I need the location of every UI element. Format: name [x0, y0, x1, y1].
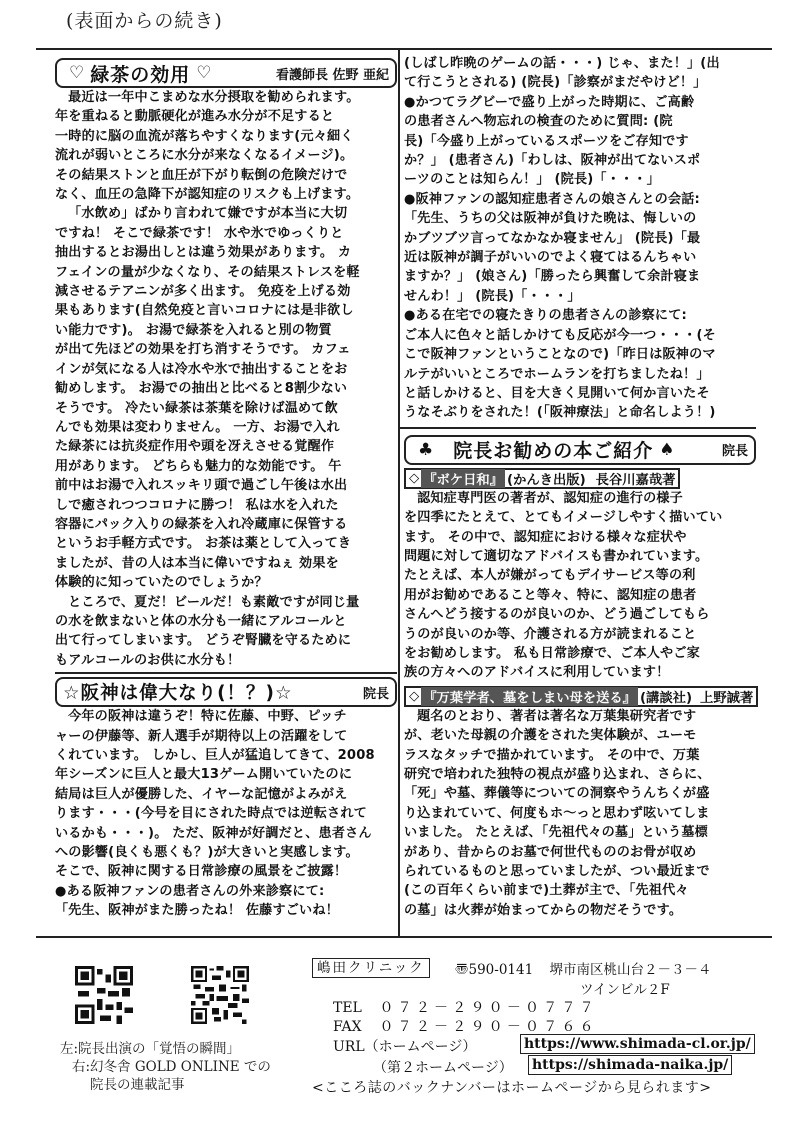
text-line: うなそぶりをされた！(「阪神療法」と命名しよう！) — [404, 403, 756, 422]
club-icon: ♣ — [418, 440, 433, 460]
left-column: ♡ 緑茶の効用 ♡ 看護師長 佐野 亜紀 最近は一年中こまめな水分摂取を勧められ… — [55, 50, 397, 921]
text-line: ご本人に色々と話しかけても反応が今一つ・・・(そ — [404, 326, 756, 345]
clinic-name: 嶋田クリニック — [312, 958, 430, 978]
url-label: URL（ホームページ） — [333, 1036, 476, 1056]
text-line: 減させるテアニンが多く出ます。 免疫を上げる効 — [55, 282, 397, 301]
hanshin-heading: ☆阪神は偉大なり(！？)☆ 院長 — [55, 677, 397, 707]
tel-number[interactable]: ０７２－２９０－０７７７ — [379, 1000, 597, 1016]
book-author-1: 長谷川嘉哉著 — [596, 469, 676, 488]
text-line: り込まれていて、何度もホ〜っと思わず呟いてしま — [404, 804, 756, 823]
text-line: 近は阪神が調子がいいのでよく寝てはるんちゃい — [404, 248, 756, 267]
text-line: 出て行ってしまいます。 どうぞ腎臓を守るために — [55, 631, 397, 650]
hanshin-body-left: 今年の阪神は違うぞ！特に佐藤、中野、ピッチャーの伊藤等、新人選手が期待以上の活躍… — [55, 707, 397, 920]
book-title-1: 『ボケ日和』 — [421, 469, 505, 488]
text-line: そうです。 冷たい緑茶は茶葉を除けば温めて飲 — [55, 399, 397, 418]
text-line: インが気になる人は冷水や氷で抽出することをお — [55, 360, 397, 379]
qr-code-right[interactable] — [190, 966, 250, 1024]
text-line: ルテがいいところでホームランを打ちましたね！」 — [404, 365, 756, 384]
text-line: 抽出するとお湯出しとは違う効果があります。 カ — [55, 243, 397, 262]
text-line: くれています。 しかし、巨人が猛追してきて、2008 — [55, 746, 397, 765]
text-line: その結果ストンと血圧が下がり転倒の危険だけで — [55, 166, 397, 185]
text-line: 結局は巨人が優勝した、イヤーな記憶がよみがえ — [55, 785, 397, 804]
text-line: を四季にたとえて、とてもイメージしやすく描いてい — [404, 508, 756, 527]
text-line: いました。 たとえば、「先祖代々の墓」という墓標 — [404, 823, 756, 842]
text-line: の水を飲まないと体の水分も一緒にアルコールと — [55, 612, 397, 631]
green-tea-body: 最近は一年中こまめな水分摂取を勧められます。年を重ねると動脈硬化が進み水分が不足… — [55, 88, 397, 670]
diamond-icon: ◇ — [409, 471, 419, 486]
fax-label: FAX — [333, 1019, 375, 1035]
book-title-2: 『万葉学者、墓をしまい母を送る』 — [421, 687, 638, 706]
text-line: 用がお勧めであること等々、特に、認知症の患者 — [404, 586, 756, 605]
second-homepage-link[interactable]: https://shimada-naika.jp/ — [528, 1055, 732, 1075]
text-line: 果もあります(自然免疫と言いコロナには是非欲し — [55, 301, 397, 320]
green-tea-heading: ♡ 緑茶の効用 ♡ 看護師長 佐野 亜紀 — [55, 58, 397, 88]
text-line: ます。 その中で、認知症における様々な症状や — [404, 528, 756, 547]
text-line: があり、昔からのお墓で何世代もののお骨が収め — [404, 843, 756, 862]
text-line: 容器にパック入りの緑茶を入れ冷蔵庫に保管する — [55, 515, 397, 534]
text-line: こで阪神ファンということなので)「昨日は阪神のマ — [404, 345, 756, 364]
text-line: られているものと思っていましたが、つい最近まで — [404, 862, 756, 881]
text-line: が、老いた母親の介護をされた実体験が、ユーモ — [404, 726, 756, 745]
postal-code: 〠590-0141 — [455, 962, 533, 978]
text-line: が出て先ほどの効果を打ち消すそうです。 カフェ — [55, 340, 397, 359]
text-line: ところで、夏だ！ビールだ！も素敵ですが同じ量 — [55, 593, 397, 612]
text-line: 「死」や墓、葬儀等についての洞察やうんちくが盛 — [404, 784, 756, 803]
backnumber-note: <こころ誌のバックナンバーはホームページから見られます> — [312, 1077, 712, 1097]
text-line: いるかも・・・)。 ただ、阪神が好調だと、患者さん — [55, 824, 397, 843]
text-line: 研究で培われた独特の視点が盛り込まれ、さらに、 — [404, 765, 756, 784]
text-line: 今年の阪神は違うぞ！特に佐藤、中野、ピッチ — [55, 707, 397, 726]
qr-code-icon — [74, 966, 134, 1024]
text-line: か？」 (患者さん)「わしは、阪神が出てないスポ — [404, 151, 756, 170]
address-line2: ツインビル２F — [580, 978, 670, 998]
book-review-1: 認知症専門医の著者が、認知症の進行の様子を四季にたとえて、とてもイメージしやすく… — [404, 489, 756, 683]
text-line: ャーの伊藤等、新人選手が期待以上の活躍をして — [55, 727, 397, 746]
qr-caption-right: 右:幻冬舎 GOLD ONLINE での — [60, 1058, 271, 1076]
text-line: 族の方々へのアドバイスに利用しています！ — [404, 663, 756, 682]
text-line: 前中はお湯で入れスッキリ頭で過ごし午後は水出 — [55, 476, 397, 495]
text-line: た緑茶には抗炎症作用や頭を冴えさせる覚醒作 — [55, 437, 397, 456]
book-publisher-1: (かんき出版) — [507, 469, 586, 488]
text-line: 「先生、阪神がまた勝ったね！ 佐藤すごいね！ — [55, 901, 397, 920]
hanshin-title: ☆阪神は偉大なり(！？)☆ — [63, 679, 293, 705]
text-line: ります・・・(今号を目にされた時点では逆転されて — [55, 804, 397, 823]
text-line: ましたが、昔の人は本当に偉いですねぇ 効果を — [55, 554, 397, 573]
text-line: て行こうとされる) (院長)「診察がまだやけど！」 — [404, 73, 756, 92]
text-line: 流れが弱いところに水分が来なくなるイメージ)。 — [55, 146, 397, 165]
text-line: の患者さんへ物忘れの検査のために質問: (院 — [404, 112, 756, 131]
section-divider — [400, 427, 756, 429]
book-publisher-2: (講談社) — [640, 687, 692, 706]
book-heading-2: ◇ 『万葉学者、墓をしまい母を送る』 (講談社) 上野誠著 — [404, 686, 758, 707]
book-heading-1: ◇ 『ボケ日和』 (かんき出版) 長谷川嘉哉著 — [404, 468, 680, 489]
text-line: 題名のとおり、著者は著名な万葉集研究者です — [404, 707, 756, 726]
homepage-link[interactable]: https://www.shimada-cl.or.jp/ — [520, 1034, 755, 1054]
text-line: なく、血圧の急降下が認知症のリスクも上げます。 — [55, 185, 397, 204]
qr-caption-right-cont: 院長の連載記事 — [60, 1076, 271, 1094]
hanshin-body-right: (しばし昨晩のゲームの話・・・) じゃ、また！」(出て行こうとされる) (院長)… — [404, 54, 756, 423]
book-author-2: 上野誠著 — [700, 687, 753, 706]
green-tea-title: 緑茶の効用 — [90, 60, 190, 87]
text-line: ●阪神ファンの認知症患者さんの娘さんとの会話: — [404, 190, 756, 209]
qr-code-icon — [190, 966, 250, 1024]
heart-icon: ♡ — [196, 63, 211, 83]
book-review-2: 題名のとおり、著者は著名な万葉集研究者ですが、老いた母親の介護をされた実体験が、… — [404, 707, 756, 920]
books-heading: ♣ 院長お勧めの本ご紹介 ♠ 院長 — [404, 435, 756, 465]
text-line: 一時的に脳の血流が落ちやすくなります(元々細く — [55, 127, 397, 146]
hanshin-author: 院長 — [363, 683, 389, 702]
text-line: い能力です)。 お湯で緑茶を入れると別の物質 — [55, 321, 397, 340]
text-line: 長)「今盛り上がっているスポーツをご存知です — [404, 132, 756, 151]
second-homepage-label: （第２ホームページ） — [373, 1057, 513, 1077]
text-line: 「先生、うちの父は阪神が負けた晩は、悔しいの — [404, 209, 756, 228]
qr-code-left[interactable] — [74, 966, 134, 1024]
heart-icon: ♡ — [69, 63, 84, 83]
text-line: 年シーズンに巨人と最大13ゲーム開いていたのに — [55, 765, 397, 784]
text-line: ラスなタッチで描かれています。 その中で、万葉 — [404, 746, 756, 765]
text-line: と話しかけると、目を大きく見開いて何か言いたそ — [404, 384, 756, 403]
footer-divider — [36, 936, 772, 938]
text-line: しで癒されつつコロナに勝つ！ 私は水を入れた — [55, 496, 397, 515]
text-line: フェインの量が少なくなり、その結果ストレスを軽 — [55, 263, 397, 282]
text-line: さんへどう接するのが良いのか、どう過ごしてもら — [404, 605, 756, 624]
text-line: というお手軽方式です。 お茶は薬として入ってき — [55, 534, 397, 553]
text-line: ●かつてラグビーで盛り上がった時期に、ご高齢 — [404, 93, 756, 112]
text-line: ですね！ そこで緑茶です！ 水や氷でゆっくりと — [55, 224, 397, 243]
text-line: 勧めします。 お湯での抽出と比べると8割少ない — [55, 379, 397, 398]
text-line: 最近は一年中こまめな水分摂取を勧められます。 — [55, 88, 397, 107]
section-divider — [55, 672, 397, 674]
diamond-icon: ◇ — [409, 689, 419, 704]
text-line: もアルコールのお供に水分も！ — [55, 651, 397, 670]
text-line: うのが良いのか等、介護される方が読まれること — [404, 625, 756, 644]
text-line: 認知症専門医の著者が、認知症の進行の様子 — [404, 489, 756, 508]
text-line: ーツのことは知らん！」 (院長)「・・・」 — [404, 170, 756, 189]
fax-number: ０７２－２９０－０７６６ — [379, 1019, 597, 1035]
text-line: そこで、阪神に関する日常診療の風景をご披露！ — [55, 862, 397, 881]
text-line: んでも効果は変わりません。 一方、お湯で入れ — [55, 418, 397, 437]
text-line: への影響(良くも悪くも？)が大きいと実感します。 — [55, 843, 397, 862]
clinic-address: 〠590-0141 堺市南区桃山台２－３－４ — [455, 958, 711, 978]
text-line: 問題に対して適切なアドバイスも書かれています。 — [404, 547, 756, 566]
text-line: かブツブツ言ってなかなか寝ません」 (院長)「最 — [404, 229, 756, 248]
text-line: 用があります。 どちらも魅力的な効能です。 午 — [55, 457, 397, 476]
text-line: 年を重ねると動脈硬化が進み水分が不足すると — [55, 107, 397, 126]
books-title: 院長お勧めの本ご紹介 — [453, 436, 653, 463]
text-line: たとえば、本人が嫌がってもデイサービス等の利 — [404, 566, 756, 585]
address-line1: 堺市南区桃山台２－３－４ — [549, 962, 711, 978]
text-line: (この百年くらい前まで)土葬が主で、「先祖代々 — [404, 881, 756, 900]
continued-label: (表面からの続き) — [66, 6, 223, 33]
qr-caption-left: 左:院長出演の「覚悟の瞬間」 — [60, 1040, 271, 1058]
green-tea-author: 看護師長 佐野 亜紀 — [276, 64, 389, 83]
books-author: 院長 — [722, 440, 748, 459]
tel-row: TEL ０７２－２９０－０７７７ — [333, 997, 598, 1017]
tel-label: TEL — [333, 1000, 375, 1016]
text-line: 体験的に知っていたのでしょうか？ — [55, 573, 397, 592]
text-line: ●ある阪神ファンの患者さんの外来診察にて: — [55, 882, 397, 901]
text-line: ●ある在宅での寝たきりの患者さんの診察にて: — [404, 306, 756, 325]
qr-caption: 左:院長出演の「覚悟の瞬間」 右:幻冬舎 GOLD ONLINE での 院長の連… — [60, 1040, 271, 1094]
text-line: の墓」は火葬が始まってからの物だそうです。 — [404, 901, 756, 920]
text-line: せんわ！」 (院長)「・・・」 — [404, 287, 756, 306]
fax-row: FAX ０７２－２９０－０７６６ — [333, 1016, 598, 1036]
spade-icon: ♠ — [659, 440, 674, 460]
text-line: をお勧めします。 私も日常診療で、ご本人やご家 — [404, 644, 756, 663]
text-line: ますか？」 (娘さん)「勝ったら興奮して余計寝ま — [404, 267, 756, 286]
right-column: (しばし昨晩のゲームの話・・・) じゃ、また！」(出て行こうとされる) (院長)… — [398, 50, 756, 936]
text-line: (しばし昨晩のゲームの話・・・) じゃ、また！」(出 — [404, 54, 756, 73]
text-line: 「水飲め」ばかり言われて嫌ですが本当に大切 — [55, 204, 397, 223]
